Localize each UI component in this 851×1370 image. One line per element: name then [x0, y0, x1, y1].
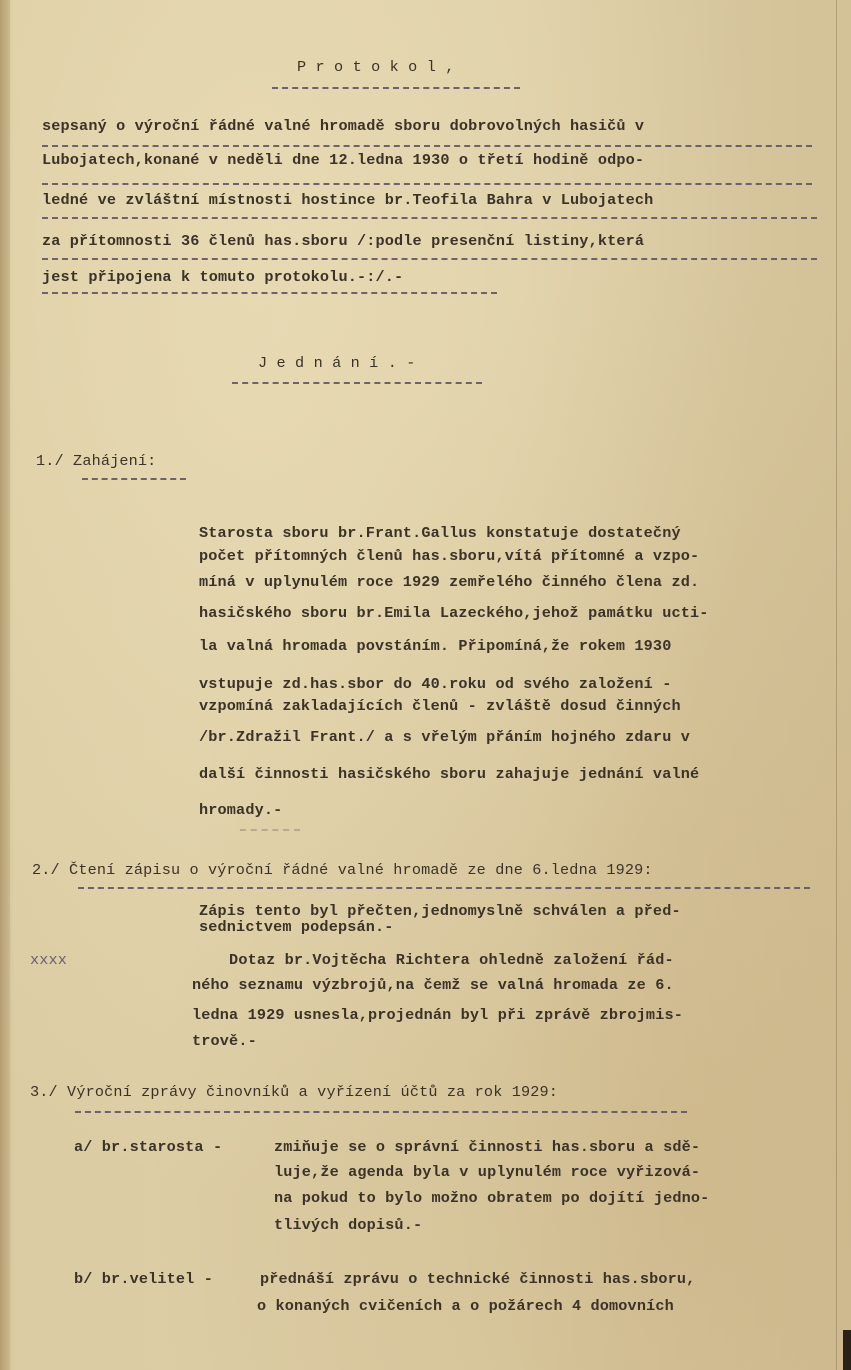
paper-fold [836, 0, 837, 1370]
document-title: P r o t o k o l , [297, 58, 455, 76]
item-2-line: trově.- [192, 1032, 257, 1050]
item-1-line: /br.Zdražil Frant./ a s vřelým přáním ho… [199, 728, 690, 746]
intro-line: sepsaný o výroční řádné valné hromadě sb… [42, 117, 644, 135]
subitem-b-line: přednáší zprávu o technické činnosti has… [260, 1270, 695, 1288]
item-2-heading: 2./ Čtení zápisu o výroční řádné valné h… [32, 861, 653, 879]
item-1-line: Starosta sboru br.Frant.Gallus konstatuj… [199, 524, 681, 542]
item-1-line: vstupuje zd.has.sbor do 40.roku od svého… [199, 675, 671, 693]
rule [42, 258, 817, 260]
item-1-underline [82, 478, 186, 480]
item-3-underline [75, 1111, 687, 1113]
item-2-line: sednictvem podepsán.- [199, 918, 394, 936]
document-page: P r o t o k o l , sepsaný o výroční řádn… [0, 0, 851, 1370]
subitem-b-line: o konaných cvičeních a o požárech 4 domo… [257, 1297, 674, 1315]
faint-rule [240, 829, 300, 831]
item-1-line: míná v uplynulém roce 1929 zemřelého čin… [199, 573, 699, 591]
intro-line: Lubojatech,konané v neděli dne 12.ledna … [42, 151, 644, 169]
intro-line: ledné ve zvláštní místnosti hostince br.… [42, 191, 653, 209]
subitem-a-line: luje,že agenda byla v uplynulém roce vyř… [274, 1163, 700, 1181]
margin-mark: xxxx [30, 951, 67, 969]
subitem-a-line: zmiňuje se o správní činnosti has.sboru … [274, 1138, 700, 1156]
item-3-heading: 3./ Výroční zprávy činovníků a vyřízení … [30, 1083, 558, 1101]
rule [42, 183, 812, 185]
rule [42, 145, 812, 147]
item-1-line: hromady.- [199, 801, 282, 819]
title-underline [272, 87, 520, 89]
item-1-heading: 1./ Zahájení: [36, 452, 156, 470]
item-1-line: hasičského sboru br.Emila Lazeckého,jeho… [199, 604, 709, 622]
section-underline [232, 382, 482, 384]
item-1-line: počet přítomných členů has.sboru,vítá př… [199, 547, 699, 565]
item-2-underline [78, 887, 810, 889]
subitem-a-line: na pokud to bylo možno obratem po dojítí… [274, 1189, 709, 1207]
subitem-b-label: b/ br.velitel - [74, 1270, 213, 1288]
item-2-line: ledna 1929 usnesla,projednán byl při zpr… [192, 1006, 683, 1024]
item-1-line: la valná hromada povstáním. Připomíná,že… [199, 637, 671, 655]
item-1-line: další činnosti hasičského sboru zahajuje… [199, 765, 699, 783]
section-heading: J e d n á n í . - [258, 354, 416, 372]
rule [42, 292, 497, 294]
item-2-line: Dotaz br.Vojtěcha Richtera ohledně založ… [192, 951, 674, 969]
rule [42, 217, 817, 219]
background-corner [843, 1330, 851, 1370]
item-2-line: ného seznamu výzbrojů,na čemž se valná h… [192, 976, 674, 994]
intro-line: jest připojena k tomuto protokolu.-:/.- [42, 268, 403, 286]
subitem-a-label: a/ br.starosta - [74, 1138, 222, 1156]
intro-line: za přítomnosti 36 členů has.sboru /:podl… [42, 232, 644, 250]
item-1-line: vzpomíná zakladajících členů - zvláště d… [199, 697, 681, 715]
subitem-a-line: tlivých dopisů.- [274, 1216, 422, 1234]
paper-edge [0, 0, 10, 1370]
